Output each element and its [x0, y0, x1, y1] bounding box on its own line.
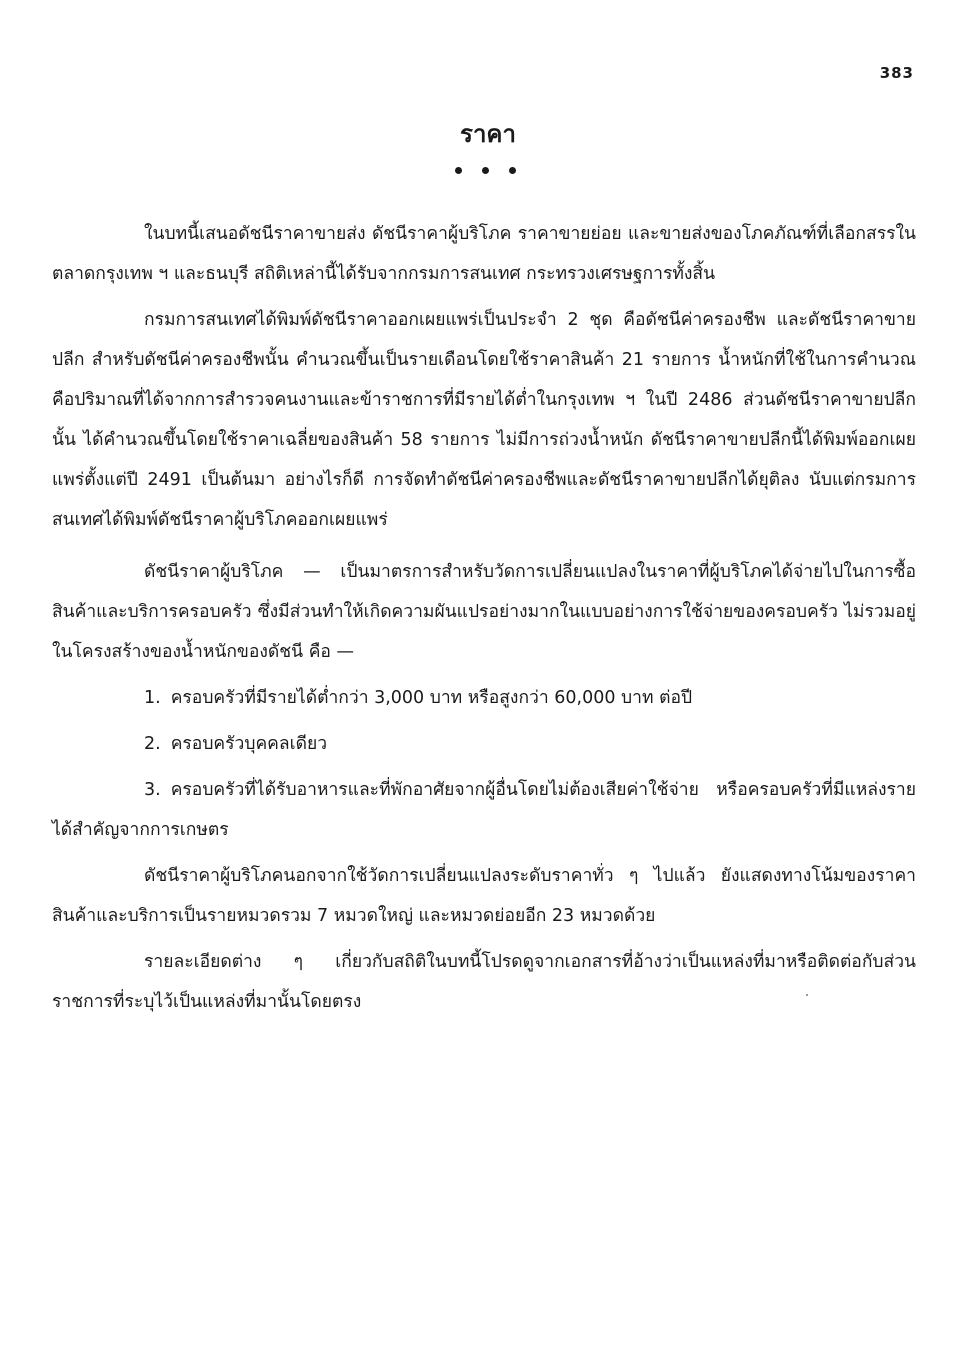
paragraph-history: กรมการสนเทศได้พิมพ์ดัชนีราคาออกเผยแพร่เป…	[52, 300, 916, 540]
exclusion-item-text: ครอบครัวที่มีรายได้ต่ำกว่า 3,000 บาท หรื…	[171, 688, 692, 708]
exclusion-list: 1.ครอบครัวที่มีรายได้ต่ำกว่า 3,000 บาท ห…	[52, 678, 916, 850]
dot-icon	[455, 167, 462, 174]
dot-icon	[509, 167, 516, 174]
page-number: 383	[880, 64, 914, 82]
scan-speck	[806, 994, 808, 996]
paragraph-cpi-definition: ดัชนีราคาผู้บริโภค — เป็นมาตรการสำหรับวั…	[52, 552, 916, 672]
dot-icon	[482, 167, 489, 174]
document-body: ในบทนี้เสนอดัชนีราคาขายส่ง ดัชนีราคาผู้บ…	[52, 214, 916, 1022]
exclusion-item: 3.ครอบครัวที่ได้รับอาหารและที่พักอาศัยจา…	[52, 770, 916, 850]
exclusion-item: 1.ครอบครัวที่มีรายได้ต่ำกว่า 3,000 บาท ห…	[52, 678, 916, 718]
exclusion-item-number: 3.	[144, 770, 161, 810]
exclusion-item: 2.ครอบครัวบุคคลเดียว	[52, 724, 916, 764]
paragraph-references: รายละเอียดต่าง ๆ เกี่ยวกับสถิติในบทนี้โป…	[52, 942, 916, 1022]
paragraph-intro: ในบทนี้เสนอดัชนีราคาขายส่ง ดัชนีราคาผู้บ…	[52, 214, 916, 294]
exclusion-item-text: ครอบครัวที่ได้รับอาหารและที่พักอาศัยจากผ…	[52, 780, 916, 840]
separator-dots	[0, 162, 966, 178]
exclusion-item-number: 1.	[144, 678, 161, 718]
exclusion-item-number: 2.	[144, 724, 161, 764]
page-title: ราคา	[0, 114, 966, 153]
paragraph-cpi-categories: ดัชนีราคาผู้บริโภคนอกจากใช้วัดการเปลี่ยน…	[52, 856, 916, 936]
exclusion-item-text: ครอบครัวบุคคลเดียว	[171, 734, 327, 754]
